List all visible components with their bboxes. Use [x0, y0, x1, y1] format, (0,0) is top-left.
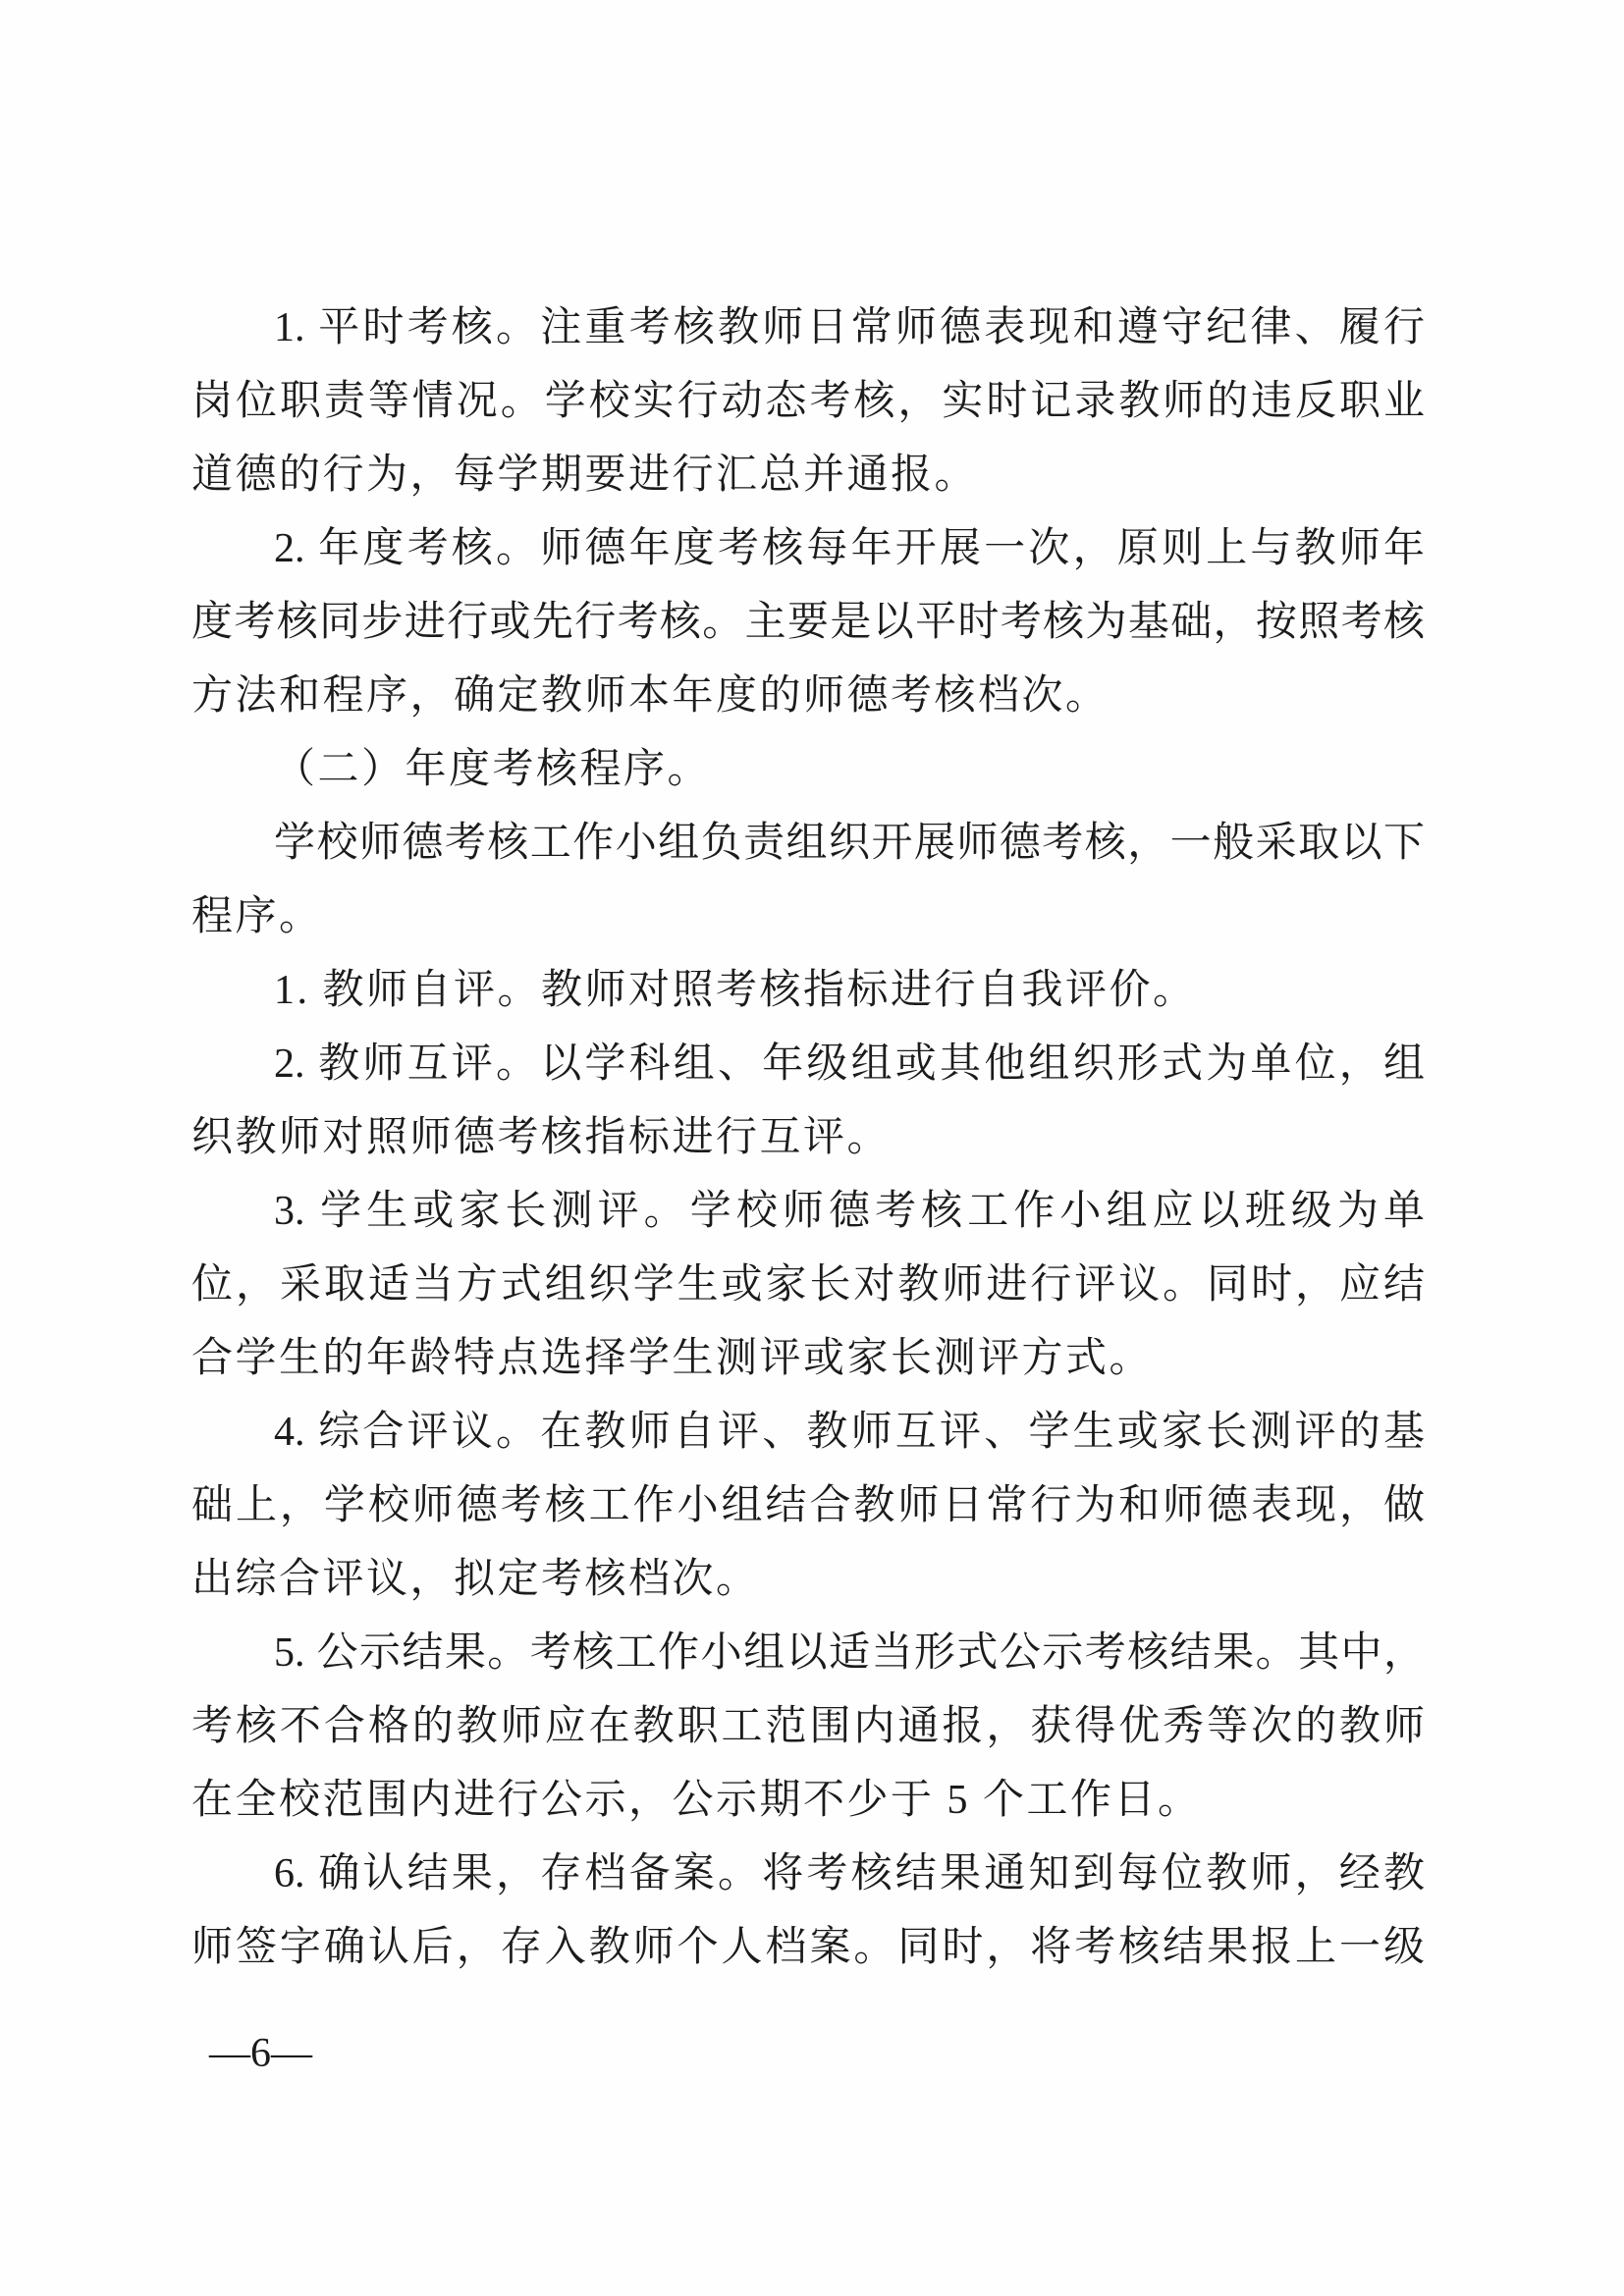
paragraph: 3. 学生或家长测评。学校师德考核工作小组应以班级为单 位，采取适当方式组织学生… — [191, 1175, 1425, 1396]
text-line: 学校师德考核工作小组负责组织开展师德考核，一般采取以下 — [191, 807, 1425, 881]
text-line: 在全校范围内进行公示，公示期不少于 5 个工作日。 — [191, 1764, 1425, 1838]
paragraph: 2. 教师互评。以学科组、年级组或其他组织形式为单位，组 织教师对照师德考核指标… — [191, 1028, 1425, 1175]
text-line: （二）年度考核程序。 — [191, 733, 1425, 807]
text-line: 度考核同步进行或先行考核。主要是以平时考核为基础，按照考核 — [191, 586, 1425, 660]
paragraph: 6. 确认结果，存档备案。将考核结果通知到每位教师，经教 师签字确认后，存入教师… — [191, 1838, 1425, 1985]
page-number: —6— — [209, 2017, 312, 2091]
paragraph: 1. 平时考核。注重考核教师日常师德表现和遵守纪律、履行 岗位职责等情况。学校实… — [191, 292, 1425, 512]
text-line: 础上，学校师德考核工作小组结合教师日常行为和师德表现，做 — [191, 1469, 1425, 1543]
text-line: 程序。 — [191, 881, 1425, 954]
text-line: 2. 教师互评。以学科组、年级组或其他组织形式为单位，组 — [191, 1028, 1425, 1101]
text-line: 3. 学生或家长测评。学校师德考核工作小组应以班级为单 — [191, 1175, 1425, 1249]
text-line: 6. 确认结果，存档备案。将考核结果通知到每位教师，经教 — [191, 1838, 1425, 1911]
text-line: 方法和程序，确定教师本年度的师德考核档次。 — [191, 660, 1425, 733]
document-body: 1. 平时考核。注重考核教师日常师德表现和遵守纪律、履行 岗位职责等情况。学校实… — [191, 292, 1425, 1985]
paragraph: 5. 公示结果。考核工作小组以适当形式公示考核结果。其中， 考核不合格的教师应在… — [191, 1617, 1425, 1838]
paragraph: 4. 综合评议。在教师自评、教师互评、学生或家长测评的基 础上，学校师德考核工作… — [191, 1396, 1425, 1617]
text-line: 位，采取适当方式组织学生或家长对教师进行评议。同时，应结 — [191, 1249, 1425, 1322]
text-line: 2. 年度考核。师德年度考核每年开展一次，原则上与教师年 — [191, 512, 1425, 586]
paragraph: 学校师德考核工作小组负责组织开展师德考核，一般采取以下 程序。 — [191, 807, 1425, 954]
text-line: 考核不合格的教师应在教职工范围内通报，获得优秀等次的教师 — [191, 1690, 1425, 1764]
paragraph-section-heading: （二）年度考核程序。 — [191, 733, 1425, 807]
text-line: 5. 公示结果。考核工作小组以适当形式公示考核结果。其中， — [191, 1617, 1425, 1690]
text-line: 织教师对照师德考核指标进行互评。 — [191, 1101, 1425, 1175]
text-line: 1. 教师自评。教师对照考核指标进行自我评价。 — [191, 954, 1425, 1028]
text-line: 合学生的年龄特点选择学生测评或家长测评方式。 — [191, 1322, 1425, 1396]
text-line: 岗位职责等情况。学校实行动态考核，实时记录教师的违反职业 — [191, 365, 1425, 439]
paragraph: 1. 教师自评。教师对照考核指标进行自我评价。 — [191, 954, 1425, 1028]
text-line: 4. 综合评议。在教师自评、教师互评、学生或家长测评的基 — [191, 1396, 1425, 1469]
paragraph: 2. 年度考核。师德年度考核每年开展一次，原则上与教师年 度考核同步进行或先行考… — [191, 512, 1425, 733]
text-line: 道德的行为，每学期要进行汇总并通报。 — [191, 439, 1425, 512]
text-line: 师签字确认后，存入教师个人档案。同时，将考核结果报上一级 — [191, 1911, 1425, 1985]
document-page: 1. 平时考核。注重考核教师日常师德表现和遵守纪律、履行 岗位职责等情况。学校实… — [0, 0, 1624, 2296]
text-line: 出综合评议，拟定考核档次。 — [191, 1543, 1425, 1617]
text-line: 1. 平时考核。注重考核教师日常师德表现和遵守纪律、履行 — [191, 292, 1425, 365]
